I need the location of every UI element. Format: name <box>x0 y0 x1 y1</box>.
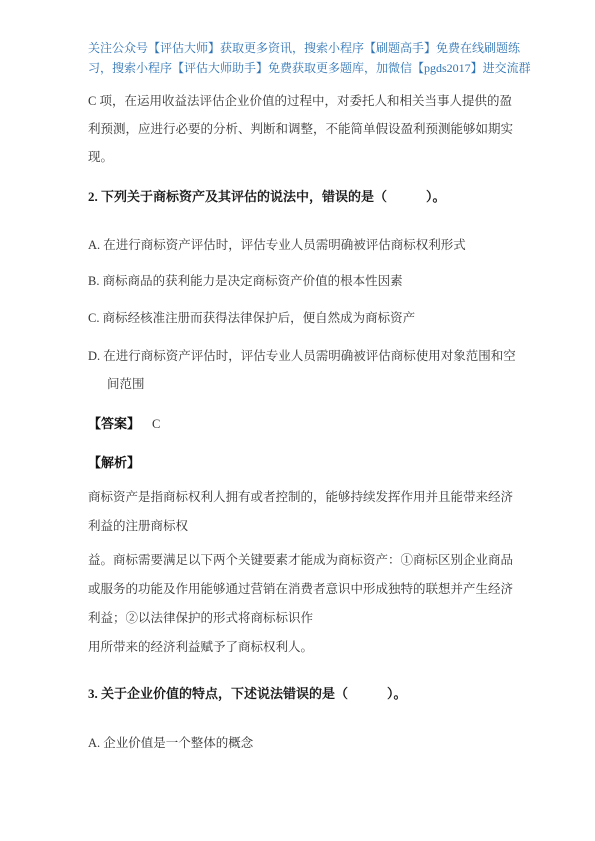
question-2-option-b: B. 商标商品的获利能力是决定商标资产价值的根本性因素 <box>88 267 535 295</box>
question-2-option-d: D. 在进行商标资产评估时，评估专业人员需明确被评估商标使用对象范围和空 间范围 <box>88 342 535 398</box>
analysis-label: 【解析】 <box>88 455 140 470</box>
question1-explanation-tail: C 项，在运用收益法评估企业价值的过程中，对委托人和相关当事人提供的盈 利预测，… <box>88 87 535 171</box>
answer-label: 【答案】 <box>88 416 140 431</box>
question-3-stem: 3. 关于企业价值的特点，下述说法错误的是（ ）。 <box>88 680 535 708</box>
question-3-option-a: A. 企业价值是一个整体的概念 <box>88 729 535 757</box>
page-content: 关注公众号【评估大师】获取更多资讯，搜索小程序【刷题高手】免费在线刷题练 习，搜… <box>0 0 595 757</box>
question-2-option-c: C. 商标经核准注册而获得法律保护后，便自然成为商标资产 <box>88 304 535 332</box>
question-2-stem: 2. 下列关于商标资产及其评估的说法中，错误的是（ ）。 <box>88 183 535 211</box>
question-2-analysis-paragraph-1: 商标资产是指商标权利人拥有或者控制的，能够持续发挥作用并且能带来经济 利益的注册… <box>88 483 535 541</box>
analysis-row: 【解析】 <box>88 452 535 472</box>
answer-value: C <box>152 417 160 431</box>
document-page: 关注公众号【评估大师】获取更多资讯，搜索小程序【刷题高手】免费在线刷题练 习，搜… <box>0 0 595 841</box>
question-2-analysis-paragraph-2: 益。商标需要满足以下两个关键要素才能成为商标资产：①商标区别企业商品 或服务的功… <box>88 546 535 662</box>
question-2-option-a: A. 在进行商标资产评估时，评估专业人员需明确被评估商标权利形式 <box>88 231 535 259</box>
promo-header-note: 关注公众号【评估大师】获取更多资讯，搜索小程序【刷题高手】免费在线刷题练 习，搜… <box>88 38 535 78</box>
question-2-answer-row: 【答案】C <box>88 410 535 438</box>
